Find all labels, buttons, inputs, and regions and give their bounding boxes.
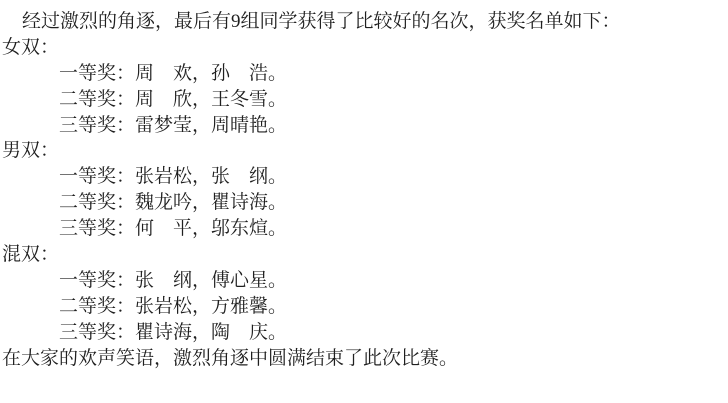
document-page: 经过激烈的角逐，最后有9组同学获得了比较好的名次，获奖名单如下： 女双： 一等奖… [0, 0, 728, 403]
closing-paragraph: 在大家的欢声笑语，激烈角逐中圆满结束了此次比赛。 [0, 346, 728, 372]
section-title-mens-doubles: 男双： [0, 138, 728, 164]
award-line-womens-third: 三等奖：雷梦莹，周晴艳。 [0, 113, 728, 139]
award-line-mens-second: 二等奖：魏龙吟，瞿诗海。 [0, 190, 728, 216]
award-line-mens-first: 一等奖：张岩松，张 纲。 [0, 164, 728, 190]
award-line-mixed-first: 一等奖：张 纲，傅心星。 [0, 268, 728, 294]
award-line-mens-third: 三等奖：何 平，邬东煊。 [0, 216, 728, 242]
section-title-womens-doubles: 女双： [0, 35, 728, 61]
intro-paragraph: 经过激烈的角逐，最后有9组同学获得了比较好的名次，获奖名单如下： [0, 9, 728, 35]
award-line-womens-second: 二等奖：周 欣，王冬雪。 [0, 87, 728, 113]
award-line-womens-first: 一等奖：周 欢，孙 浩。 [0, 61, 728, 87]
section-title-mixed-doubles: 混双： [0, 242, 728, 268]
award-line-mixed-second: 二等奖：张岩松，方雅馨。 [0, 294, 728, 320]
award-line-mixed-third: 三等奖：瞿诗海，陶 庆。 [0, 320, 728, 346]
